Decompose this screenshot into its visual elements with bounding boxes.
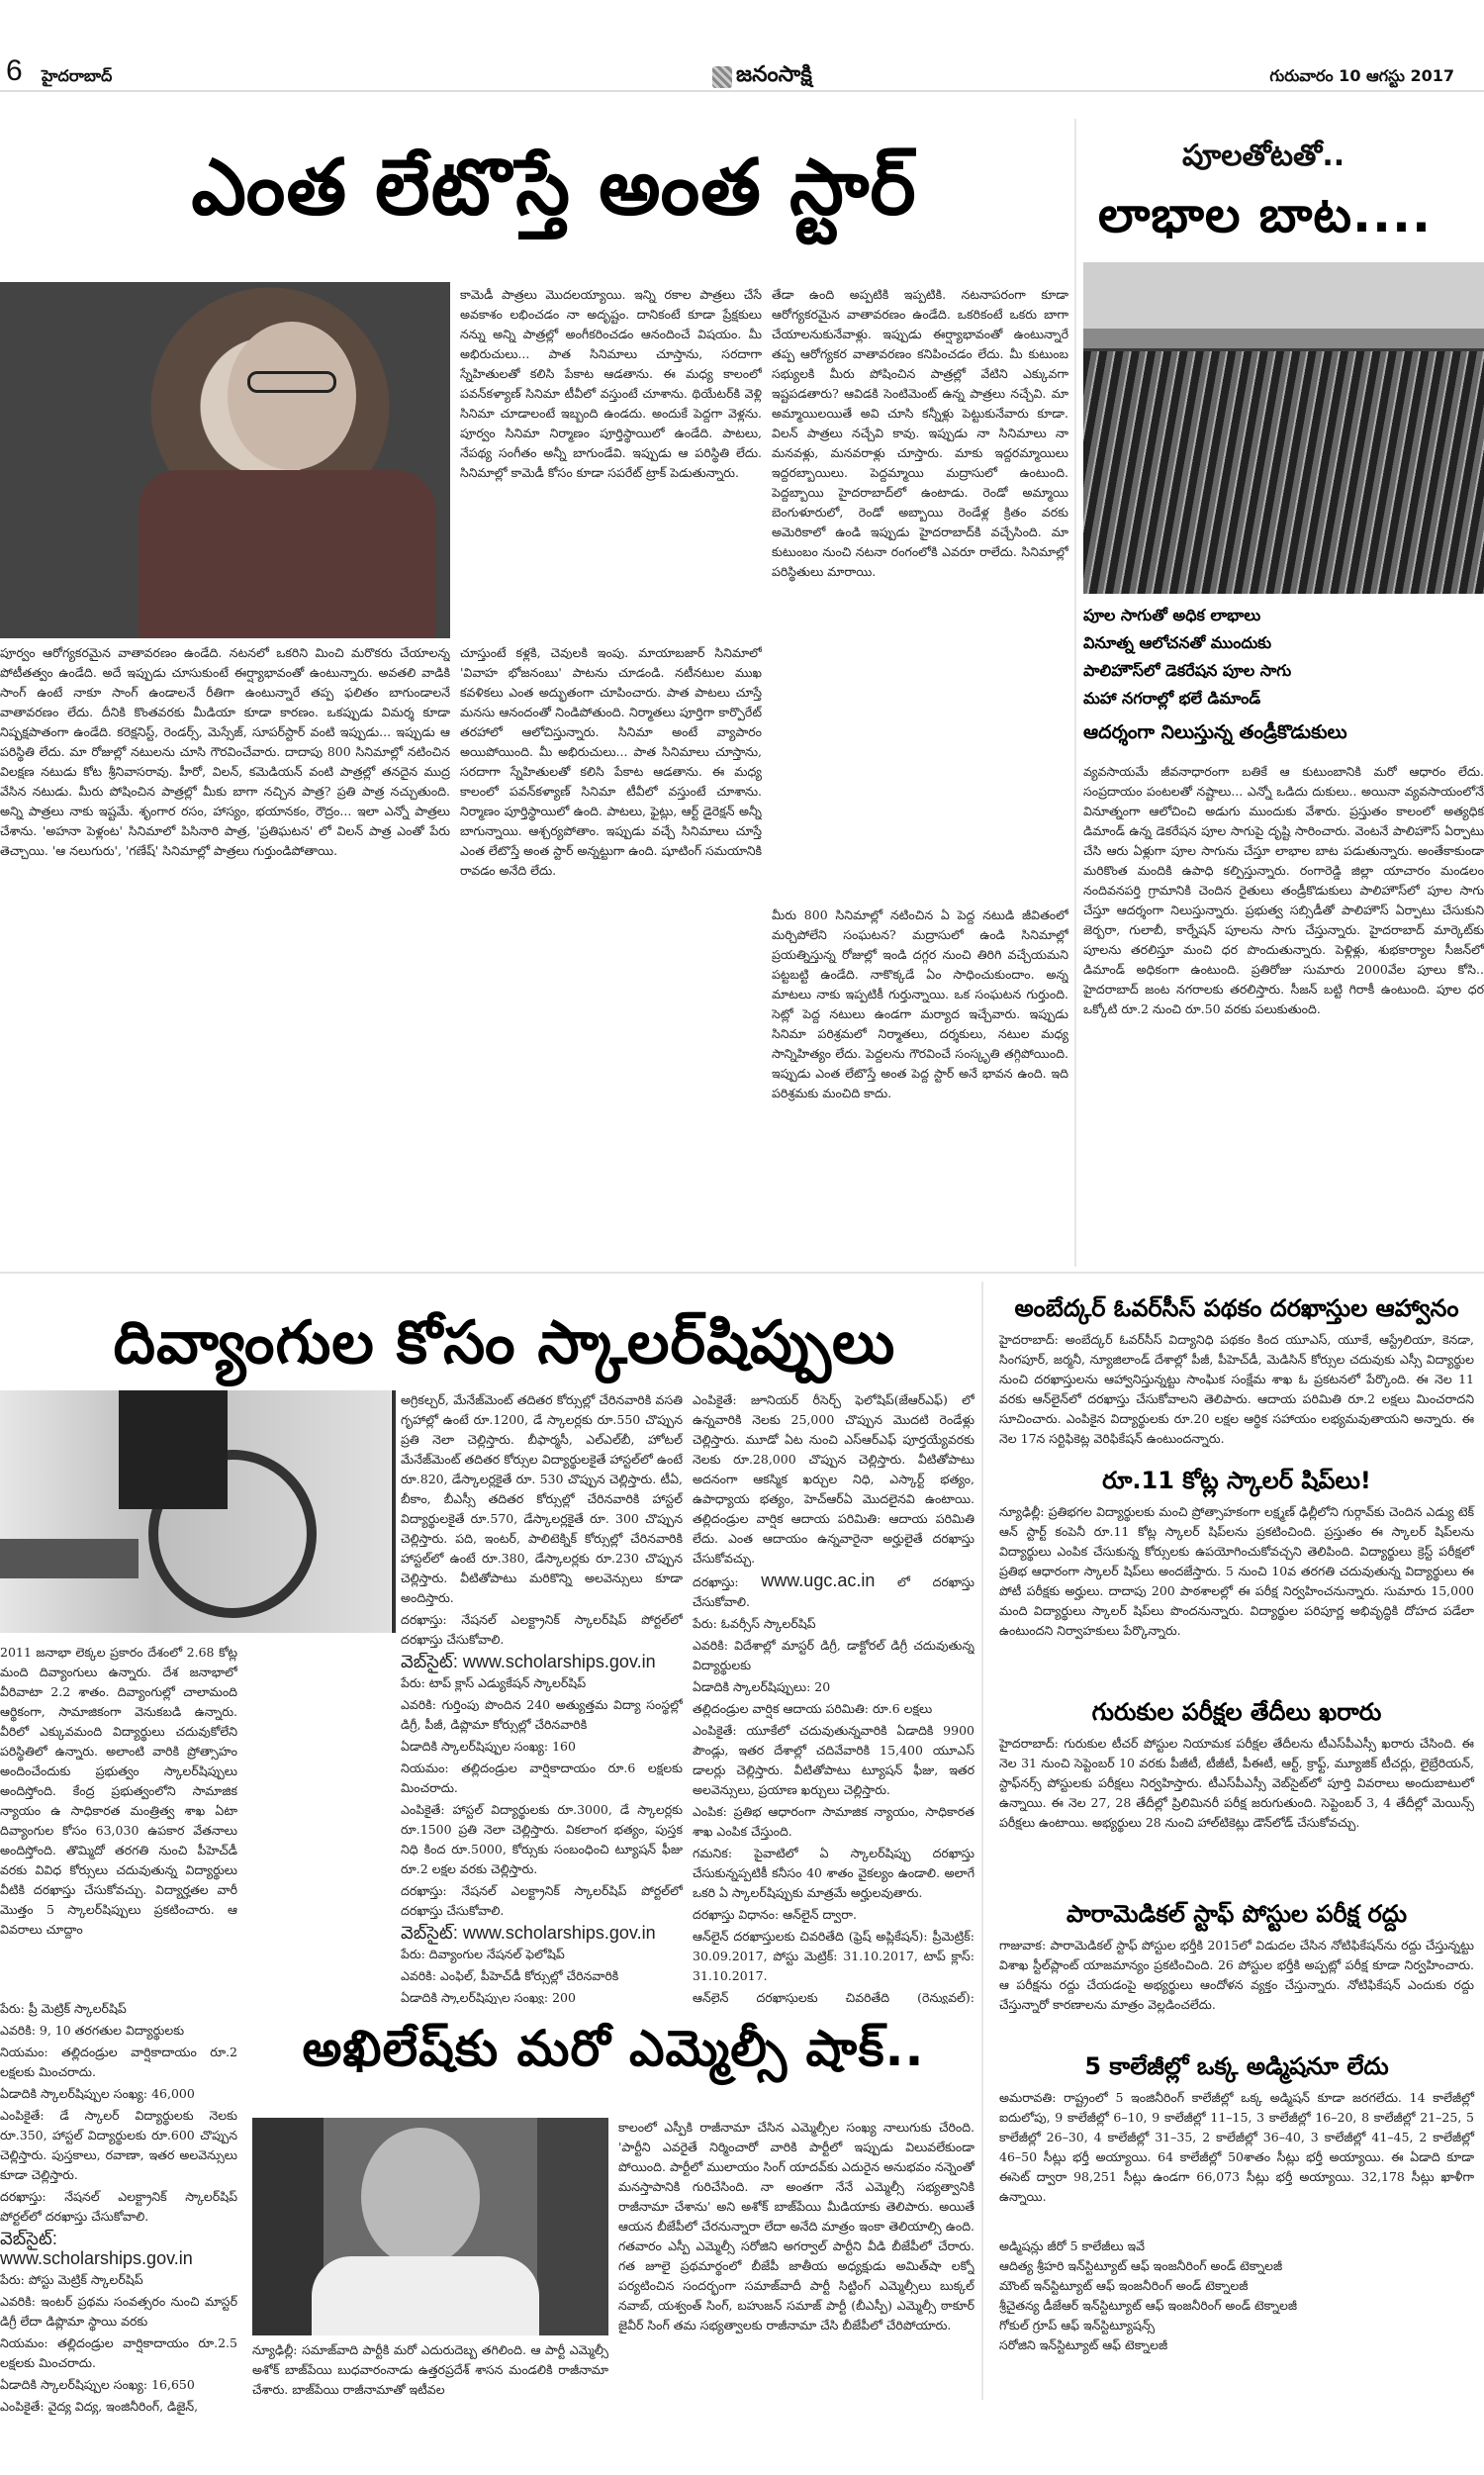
detail-line: దరఖాస్తు: నేషనల్ ఎలక్ట్రానిక్ స్కాలర్‌షి… (401, 1881, 683, 1921)
ugc-label: దరఖాస్తు: (693, 1574, 739, 1589)
story2-photo-flowers (1083, 262, 1484, 594)
detail-line: ఆన్‌లైన్ దరఖాస్తులకు చివరితేది (ఫ్రెష్ అ… (693, 1927, 974, 1986)
detail-line: నియమం: తల్లిదండ్రుల వార్షికాదాయం రూ.2.5 … (0, 2333, 237, 2373)
masthead: 6 హైదరాబాద్ జనంసాక్షి గురువారం 10 ఆగస్టు… (0, 54, 1484, 92)
story1-headline: ఎంత లేటొస్తే అంత స్టార్ (40, 129, 1068, 247)
sidebar-headline-4: పారామెడికల్ స్టాఫ్ పోస్టుల పరీక్ష రద్దు (989, 1892, 1484, 1936)
detail-line: నియమం: తల్లిదండ్రుల వార్షికాదాయం రూ.2 లక… (0, 2043, 237, 2082)
story2-subhead: ఆదర్శంగా నిలుస్తున్న తండ్రీకొడుకులు (1083, 716, 1484, 748)
sidebar-headline-2: రూ.11 కోట్ల స్కాలర్ షిప్‌లు! (989, 1459, 1484, 1502)
detail-line: పేరు: ప్రీ మెట్రిక్ స్కాలర్‌షిప్ (0, 1999, 237, 2019)
story2-bullet: వినూత్న ఆలోచనతో ముందుకు (1083, 629, 1484, 657)
story1-col1: పూర్వం ఆరోగ్యకరమైన వాతావరణం ఉండేది. నటనల… (0, 643, 450, 1257)
story3-intro: 2011 జనాభా లెక్కల ప్రకారం దేశంలో 2.68 కో… (0, 1643, 237, 1940)
politician-body-icon (312, 2256, 539, 2335)
detail-line: గమనిక: పైవాటిలో ఏ స్కాలర్‌షిప్పు దరఖాస్త… (693, 1844, 974, 1903)
story3-col1-details: పేరు: ప్రీ మెట్రిక్ స్కాలర్‌షిప్ ఎవరికి:… (0, 1999, 237, 2415)
divider-story1-story2 (1074, 119, 1076, 1267)
story2-kicker: పూలతోటతో.. (1182, 139, 1345, 180)
portrait-glasses-icon (247, 371, 336, 393)
college-item: గోకుల్ గ్రూప్ ఆఫ్ ఇన్‌స్టిట్యూషన్స్ (999, 2316, 1474, 2335)
story3-col2: అగ్రికల్చర్, మేనేజ్‌మెంట్ తదితర కోర్సుల్… (401, 1390, 683, 2004)
logo-mark-icon (712, 66, 732, 88)
story2-headline: లాభాల బాట.... (1098, 180, 1432, 249)
divider-main-sidebar (981, 1282, 983, 2400)
sidebar-body-3: హైదరాబాద్: గురుకుల టీచర్ పోస్టుల నియామక … (989, 1734, 1484, 1892)
college-item: మౌంట్ ఇన్‌స్టిట్యూట్ ఆఫ్ ఇంజనీరింగ్ అండ్… (999, 2276, 1474, 2296)
story3-col2-text: అగ్రికల్చర్, మేనేజ్‌మెంట్ తదితర కోర్సుల్… (401, 1390, 683, 1608)
detail-line: దరఖాస్తు విధానం: ఆన్‌లైన్ ద్వారా. (693, 1905, 974, 1925)
detail-line: ఎంపికైతే: యూకేలో చదువుతున్నవారికి ఏడాదిక… (693, 1721, 974, 1800)
story2-bullets: పూల సాగుతో అధిక లాభాలు వినూత్న ఆలోచనతో మ… (1083, 602, 1484, 748)
story1-col5: మీరు 800 సినిమాల్లో నటించిన ఏ పెద్ద నటుడ… (772, 905, 1068, 1257)
flower-rows-icon (1083, 351, 1484, 594)
college-item: సరోజిని ఇన్‌స్టిట్యూట్ ఆఫ్ టెక్నాలజీ (999, 2335, 1474, 2355)
college-item: శ్రీచైతన్య డీజేఆర్ ఇన్‌స్టిట్యూట్ ఆఫ్ ఇం… (999, 2296, 1474, 2316)
sidebar-headline-3: గురుకుల పరీక్షల తేదీలు ఖరారు (989, 1690, 1484, 1734)
sidebar-body-2: న్యూఢిల్లీ: ప్రతిభగల విద్యార్థులకు మంచి … (989, 1502, 1484, 1690)
detail-line: ఎంపికైతే: హాస్టల్ విద్యార్థులకు రూ.3000,… (401, 1800, 683, 1879)
detail-line: ఎంపికైతే: డే స్కాలర్ విద్యార్థులకు నెలకు… (0, 2106, 237, 2185)
detail-line: పేరు: దివ్యాంగుల నేషనల్ ఫెలోషిప్ (401, 1945, 683, 1964)
portrait-robe-icon (139, 470, 435, 638)
story2-bullet: పాలిహౌస్‌లో డెకరేషన పూల సాగు (1083, 657, 1484, 685)
detail-line: ఏడాదికి స్కాలర్‌షిప్పుల సంఖ్య: 16,650 (0, 2375, 237, 2395)
detail-line: పేరు: టాప్ క్లాస్ ఎడ్యుకేషన్ స్కాలర్‌షిప… (401, 1673, 683, 1693)
ugc-line: దరఖాస్తు: www.ugc.ac.in లో దరఖాస్తు చేసు… (693, 1571, 974, 1612)
website-link[interactable]: వెబ్‌సైట్: www.scholarships.gov.in (0, 2229, 237, 2268)
detail-line: ఏడాదికి స్కాలర్‌షిప్పుల సంఖ్య: 160 (401, 1737, 683, 1757)
story4-col2: కాలంలో ఎస్పీకి రాజీనామా చేసిన ఎమ్మెల్సీల… (618, 2118, 974, 2415)
sidebar-headline-5: 5 కాలేజీల్లో ఒక్క అడ్మిషనూ లేదు (989, 2045, 1484, 2088)
sidebar-headline-1: అంబేద్కర్ ఓవర్‌సీస్ పథకం దరఖాస్తుల ఆహ్వా… (989, 1286, 1484, 1330)
detail-line: ఏడాదికి స్కాలర్‌షిప్పులు: 20 (693, 1677, 974, 1697)
detail-line: ఏడాదికి స్కాలర్‌షిప్పుల సంఖ్య: 200 (401, 1988, 683, 2004)
story1-col4: తేడా ఉంది అప్పటికి ఇప్పటికి. నటనాపరంగా క… (772, 285, 1068, 899)
detail-line: దరఖాస్తు: నేషనల్ ఎలక్ట్రానిక్ స్కాలర్‌షి… (0, 2187, 237, 2227)
page-number: 6 (6, 54, 23, 88)
paper-name: జనంసాక్షి (736, 62, 812, 92)
detail-line: దరఖాస్తు: నేషనల్ ఎలక్ట్రానిక్ స్కాలర్‌షి… (401, 1610, 683, 1650)
story2-body: వ్యవసాయమే జీవనాధారంగా బతికే ఆ కుటుంబానిక… (1083, 762, 1484, 1257)
story1-col2: చూస్తుంటే కళ్లకి, చెవులకి ఇంపు. మాయాబజార… (460, 643, 762, 1257)
wheelchair-seat-icon (119, 1390, 228, 1509)
colleges-intro: అడ్మిషన్లు జీరో 5 కాలేజీలు ఇవే (999, 2237, 1474, 2256)
story3-col1: 2011 జనాభా లెక్కల ప్రకారం దేశంలో 2.68 కో… (0, 1643, 237, 1999)
detail-line: ఎవరికి: 9, 10 తరగతుల విద్యార్థులకు (0, 2021, 237, 2041)
detail-line: పేరు: ఓవర్సీస్ స్కాలర్‌షిప్ (693, 1614, 974, 1634)
divider-photo (392, 1390, 396, 1633)
portrait-face-icon (228, 322, 356, 470)
detail-line: ఎవరికి: ఎంఫిల్, పీహెచ్‌డీ కోర్సుల్లో చేర… (401, 1966, 683, 1986)
colleges-list: అడ్మిషన్లు జీరో 5 కాలేజీలు ఇవే ఆదిత్య శ్… (989, 2237, 1484, 2355)
detail-line: పేరు: పోస్టు మెట్రిక్ స్కాలర్‌షిప్ (0, 2270, 237, 2290)
detail-line: తల్లిదండ్రుల వార్షిక ఆదాయ పరిమితి: రూ.6 … (693, 1699, 974, 1719)
detail-line: ఎంపిక: ప్రతిభ ఆధారంగా సామాజిక న్యాయం, సా… (693, 1802, 974, 1842)
college-item: ఆదిత్య శ్రీహరి ఇన్‌స్టిట్యూట్ ఆఫ్ ఇంజనీర… (999, 2256, 1474, 2276)
sidebar-body-5: అమరావతి: రాష్ట్రంలో 5 ఇంజినీరింగ్ కాలేజీ… (989, 2088, 1484, 2237)
story3-col3-text: ఎంపికైతే: జూనియర్ రీసెర్చ్ ఫెలోషిప్(జేఆర… (693, 1390, 974, 1569)
story4-photo-politician (252, 2118, 608, 2335)
detail-line: ఎవరికి: గుర్తింపు పొందిన 240 అత్యుత్తమ వ… (401, 1695, 683, 1735)
section-name: హైదరాబాద్ (42, 66, 112, 89)
story4-col1: న్యూఢిల్లీ: సమాజ్‌వాది పార్టీకి మరో ఎదుర… (252, 2340, 608, 2410)
detail-line: ఎవరికి: విదేశాల్లో మాస్టర్ డిగ్రీ, డాక్ట… (693, 1636, 974, 1675)
story1-col3: కామెడీ పాత్రలు మొదలయ్యాయి. ఇన్ని రకాల పా… (460, 285, 762, 636)
divider-top-bottom (0, 1272, 1484, 1274)
website-link[interactable]: వెబ్‌సైట్: www.scholarships.gov.in (401, 1652, 683, 1671)
detail-line: ఎంపికైతే: వైద్య విద్య, ఇంజినీరింగ్, డిజై… (0, 2397, 237, 2415)
story4-headline: అఖిలేష్‌కు మరో ఎమ్మెల్సీ షాక్.. (252, 2009, 974, 2088)
dateline: గురువారం 10 ఆగస్టు 2017 (1269, 66, 1454, 89)
wheelchair-legs-icon (0, 1539, 139, 1578)
story3-headline: దివ్యాంగుల కోసం స్కాలర్‌షిప్పులు (40, 1296, 970, 1390)
ugc-link[interactable]: www.ugc.ac.in (761, 1571, 875, 1590)
detail-line: ఎవరికి: ఇంటర్ ప్రథమ సంవత్సరం నుంచి మాస్ట… (0, 2292, 237, 2332)
story3-col3: ఎంపికైతే: జూనియర్ రీసెర్చ్ ఫెలోషిప్(జేఆర… (693, 1390, 974, 2004)
detail-line: ఆన్‌లైన్ దరఖాస్తులకు చివరితేది (రెన్యువల… (693, 1988, 974, 2004)
story3-photo-wheelchair (0, 1390, 391, 1633)
story1-photo (0, 282, 450, 638)
detail-line: నియమం: తల్లిదండ్రుల వార్షికాదాయం రూ.6 లక… (401, 1759, 683, 1798)
sidebar: అంబేద్కర్ ఓవర్‌సీస్ పథకం దరఖాస్తుల ఆహ్వా… (989, 1286, 1484, 2355)
politician-head-icon (361, 2128, 480, 2266)
website-link[interactable]: వెబ్‌సైట్: www.scholarships.gov.in (401, 1923, 683, 1943)
paper-logo: జనంసాక్షి (712, 62, 812, 92)
sidebar-body-4: గాజువాక: పారామెడికల్ స్టాఫ్ పోస్టుల భర్త… (989, 1936, 1484, 2045)
sidebar-body-1: హైదరాబాద్: అంబేద్కర్ ఓవర్‌సీస్ విద్యానిధ… (989, 1330, 1484, 1459)
story2-bullet: పూల సాగుతో అధిక లాభాలు (1083, 602, 1484, 629)
detail-line: ఏడాదికి స్కాలర్‌షిప్పుల సంఖ్య: 46,000 (0, 2084, 237, 2104)
story2-bullet: మహా నగరాల్లో భలే డిమాండ్ (1083, 685, 1484, 713)
